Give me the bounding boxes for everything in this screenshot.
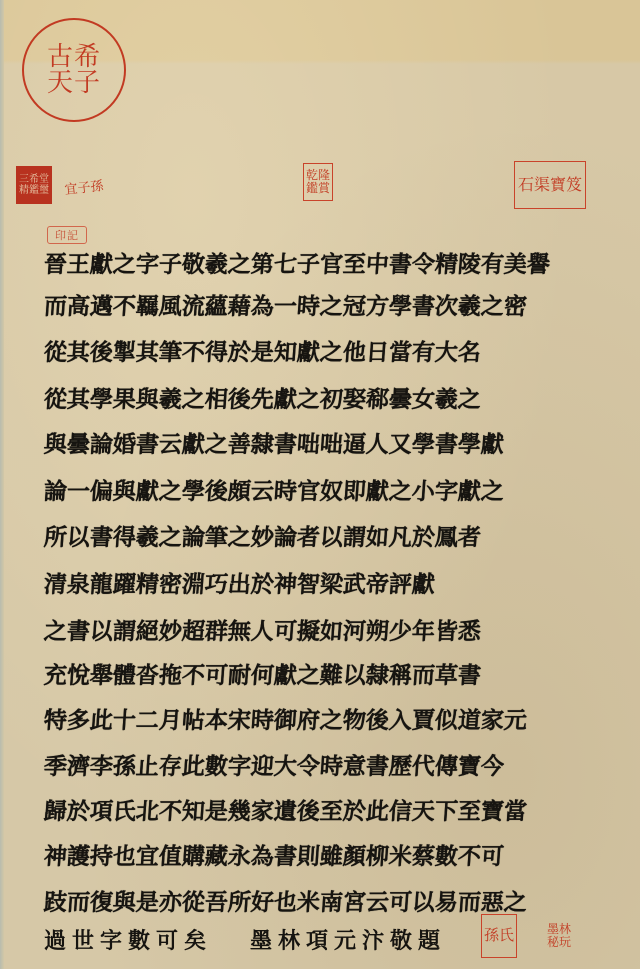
text-line-5: 與曇論婚書云獻之善隸書咄咄逼人又學書學獻 [44,426,604,459]
text-line-6-content: 論一偏與獻之學後頗云時官奴即獻之小字獻之 [43,473,505,506]
seal-bottom-left: 孫氏 [481,914,517,958]
calligraphy-scroll: 古希天子 三希堂精鑑璽 宜子孫 乾隆鑑賞 石渠寶笈 印記 晉王獻之字子敬羲之第七… [0,0,640,969]
text-line-4: 從其學果與羲之相後先獻之初娶郗曇女羲之 [44,381,604,414]
seal-right: 石渠寶笈 [514,161,586,209]
text-line-3-content: 從其後掣其筆不得於是知獻之他日當有大名 [43,334,482,367]
text-line-14-content: 神護持也宜值購藏永為書則雖顏柳米蔡數不可 [43,838,505,871]
text-line-4-content: 從其學果與羲之相後先獻之初娶郗曇女羲之 [43,381,482,414]
text-line-3: 從其後掣其筆不得於是知獻之他日當有大名 [44,334,604,367]
signature-text: 墨林項元汴敬題 [250,924,446,955]
seal-opening-small: 印記 [47,226,87,244]
text-line-8-content: 清泉龍躍精密淵巧出於神智梁武帝評獻 [43,566,436,599]
text-line-9-content: 之書以謂絕妙超群無人可擬如河朔少年皆悉 [43,613,482,646]
text-line-15-content: 跂而復與是亦從吾所好也米南宮云可以易而惡之 [43,884,528,917]
text-line-12: 季濟李孫止存此數字迎大令時意書歷代傳寶今 [44,748,604,781]
text-line-9: 之書以謂絕妙超群無人可擬如河朔少年皆悉 [44,613,604,646]
text-line-11-content: 特多此十二月帖本宋時御府之物後入賈似道家元 [43,702,528,735]
text-line-11: 特多此十二月帖本宋時御府之物後入賈似道家元 [44,702,604,735]
text-line-2: 而高邁不羈風流蘊藉為一時之冠方學書次羲之密 [44,288,604,321]
closing-line: 過世字數可矣 墨林項元汴敬題 [44,924,446,954]
round-seal-top: 古希天子 [22,18,126,122]
text-line-12-content: 季濟李孫止存此數字迎大令時意書歷代傳寶今 [43,748,505,781]
text-line-14: 神護持也宜值購藏永為書則雖顏柳米蔡數不可 [44,838,604,871]
text-line-1: 晉王獻之字子敬羲之第七子官至中書令精陵有美譽 [44,246,604,279]
text-line-13-content: 歸於項氏北不知是幾家遺後至於此信天下至寶當 [43,793,528,826]
text-line-10-content: 充悅舉體沓拖不可耐何獻之難以隸稱而草書 [43,657,482,690]
text-line-8: 清泉龍躍精密淵巧出於神智梁武帝評獻 [44,566,604,599]
seal-left-solid: 三希堂精鑑璽 [16,166,52,204]
seal-center: 乾隆鑑賞 [303,163,333,201]
text-line-5-content: 與曇論婚書云獻之善隸書咄咄逼人又學書學獻 [43,426,505,459]
text-line-10: 充悅舉體沓拖不可耐何獻之難以隸稱而草書 [44,657,604,690]
text-line-1-content: 晉王獻之字子敬羲之第七子官至中書令精陵有美譽 [43,246,551,279]
seal-left-loose: 宜子孫 [54,169,113,207]
text-line-2-content: 而高邁不羈風流蘊藉為一時之冠方學書次羲之密 [43,288,528,321]
text-line-6: 論一偏與獻之學後頗云時官奴即獻之小字獻之 [44,473,604,506]
text-line-7-content: 所以書得羲之論筆之妙論者以謂如凡於鳳者 [43,519,482,552]
text-line-13: 歸於項氏北不知是幾家遺後至於此信天下至寶當 [44,793,604,826]
text-line-16-content: 過世字數可矣 [44,924,212,955]
text-line-7: 所以書得羲之論筆之妙論者以謂如凡於鳳者 [44,519,604,552]
seal-bottom-right: 墨林秘玩 [543,914,575,958]
mounting-edge [0,0,4,969]
text-line-15: 跂而復與是亦從吾所好也米南宮云可以易而惡之 [44,884,604,917]
